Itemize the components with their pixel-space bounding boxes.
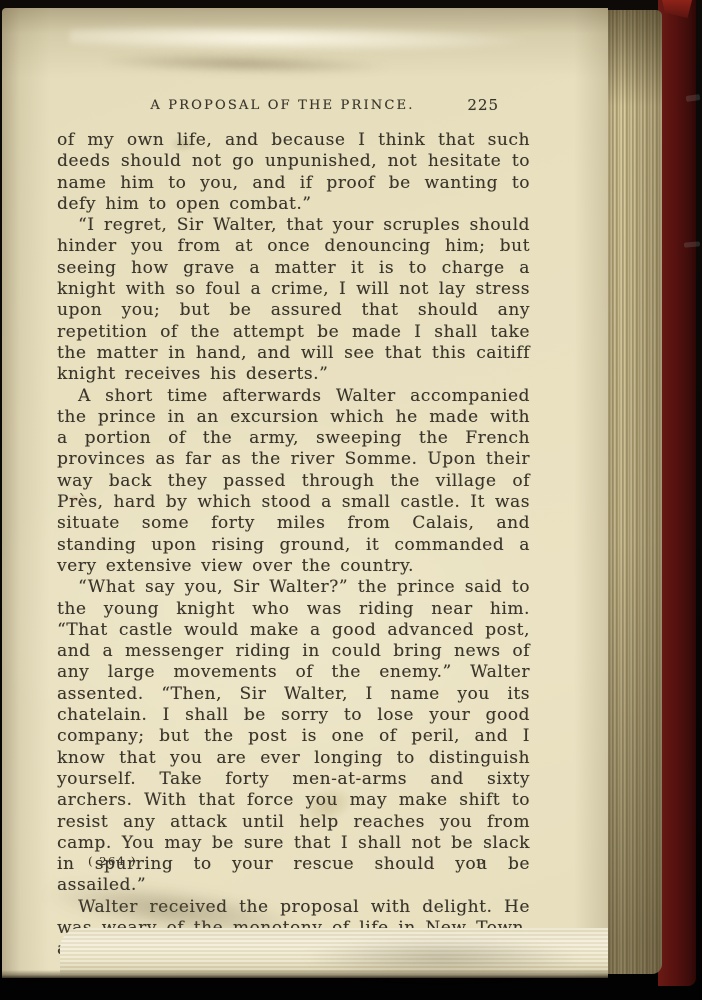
- signature-mark: ( 264 ): [88, 854, 137, 868]
- background-clutter: [684, 241, 700, 247]
- running-head: A PROPOSAL OF THE PRINCE. 225: [57, 98, 529, 118]
- page-text-block: of my own life, and because I think that…: [57, 130, 530, 961]
- paragraph: of my own life, and because I think that…: [57, 130, 530, 215]
- scanned-book-photo: A PROPOSAL OF THE PRINCE. 225 of my own …: [0, 0, 702, 1000]
- page-curl-highlight: [70, 25, 556, 52]
- paragraph: “I regret, Sir Walter, that your scruple…: [57, 215, 530, 385]
- page-bottom-edge: [2, 970, 608, 978]
- book-cover-edge: [658, 0, 696, 986]
- page-number: 225: [467, 96, 499, 114]
- page-curl-shadow: [107, 53, 407, 75]
- paragraph: “What say you, Sir Walter?” the prince s…: [57, 577, 530, 896]
- running-title: A PROPOSAL OF THE PRINCE.: [150, 98, 414, 113]
- press-mark: P: [476, 856, 484, 871]
- page-edge-stack: [604, 10, 662, 974]
- paragraph: A short time afterwards Walter accompani…: [57, 386, 530, 578]
- book-page: A PROPOSAL OF THE PRINCE. 225 of my own …: [2, 8, 608, 978]
- background-clutter: [686, 94, 701, 102]
